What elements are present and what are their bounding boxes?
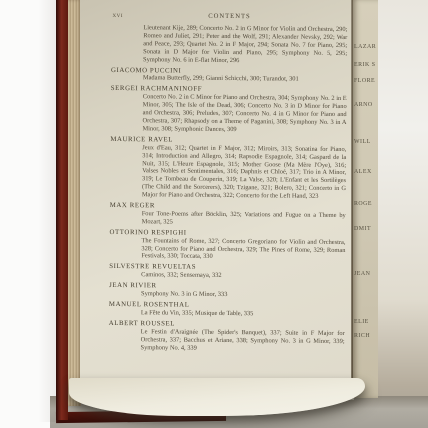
- toc-section: OTTORINO RESPIGHI The Fountains of Rome,…: [109, 229, 345, 263]
- toc-section: SERGEI RACHMANINOFF Concerto No. 2 in C …: [110, 85, 346, 134]
- toc-section: MAURICE RAVEL Jeux d'Eau, 312; Quartet i…: [110, 136, 347, 201]
- toc-section: MANUEL ROSENTHAL La Fête du Vin, 335; Mu…: [109, 301, 345, 319]
- facing-page-fragment: ARNO: [354, 102, 373, 109]
- works-list: Four Tone-Poems after Böcklin, 325; Vari…: [142, 210, 346, 228]
- works-list: The Fountains of Rome, 327; Concerto Gre…: [141, 237, 345, 262]
- facing-page-fragment: ELIE: [354, 319, 369, 326]
- works-list: Jeux d'Eau, 312; Quartet in F Major, 312…: [142, 144, 346, 201]
- page-text: xvi CONTENTS Lieutenant Kije, 289; Conce…: [109, 12, 348, 353]
- facing-page-fragment: ERIK S: [354, 62, 376, 69]
- works-list: Le Festin d'Araignée (The Spider's Banqu…: [141, 328, 345, 353]
- photo-backdrop-left-shadow: [38, 0, 56, 422]
- toc-section: GIACOMO PUCCINI Madama Butterfly, 299; G…: [111, 67, 347, 85]
- facing-page-fragment: FLORE: [354, 78, 375, 85]
- facing-page-fragment: JEAN: [354, 271, 370, 278]
- works-list: Concerto No. 2 in C Minor for Piano and …: [142, 94, 346, 135]
- facing-page-fragment: ROGE: [354, 201, 372, 208]
- works-list: Caminos, 332; Sensemaya, 332: [141, 272, 345, 282]
- book-photo: LAZAR ERIK S FLORE ARNO WILL ALEX ROGE D…: [0, 0, 428, 428]
- toc-section: MAX REGER Four Tone-Poems after Böcklin,…: [110, 202, 346, 228]
- works-list-continuation: Lieutenant Kije, 289; Concerto No. 2 in …: [143, 24, 347, 65]
- works-list: Madama Butterfly, 299; Gianni Schicchi, …: [143, 75, 347, 85]
- toc-section: JEAN RIVIER Symphony No. 3 in G Minor, 3…: [109, 282, 345, 300]
- facing-page-fragment: DMIT: [354, 226, 371, 233]
- works-list: La Fête du Vin, 335; Musique de Table, 3…: [141, 309, 345, 319]
- running-head-title: CONTENTS: [111, 12, 347, 22]
- facing-page-fragment: WILL: [354, 139, 371, 146]
- book-gutter-shadow: [351, 0, 353, 398]
- facing-page-fragment: RICH: [354, 333, 370, 340]
- toc-section: SILVESTRE REVUELTAS Caminos, 332; Sensem…: [109, 263, 345, 281]
- book-cover-spine: [56, 0, 68, 420]
- works-list: Symphony No. 3 in G Minor, 333: [141, 290, 345, 300]
- facing-page-fragment: LAZAR: [354, 44, 376, 51]
- running-head-row: xvi CONTENTS: [111, 12, 347, 23]
- toc-section: ALBERT ROUSSEL Le Festin d'Araignée (The…: [109, 320, 345, 354]
- facing-page-fragment: ALEX: [354, 169, 372, 176]
- photo-backdrop-right: [378, 0, 428, 428]
- facing-page-edge: LAZAR ERIK S FLORE ARNO WILL ALEX ROGE D…: [352, 0, 378, 398]
